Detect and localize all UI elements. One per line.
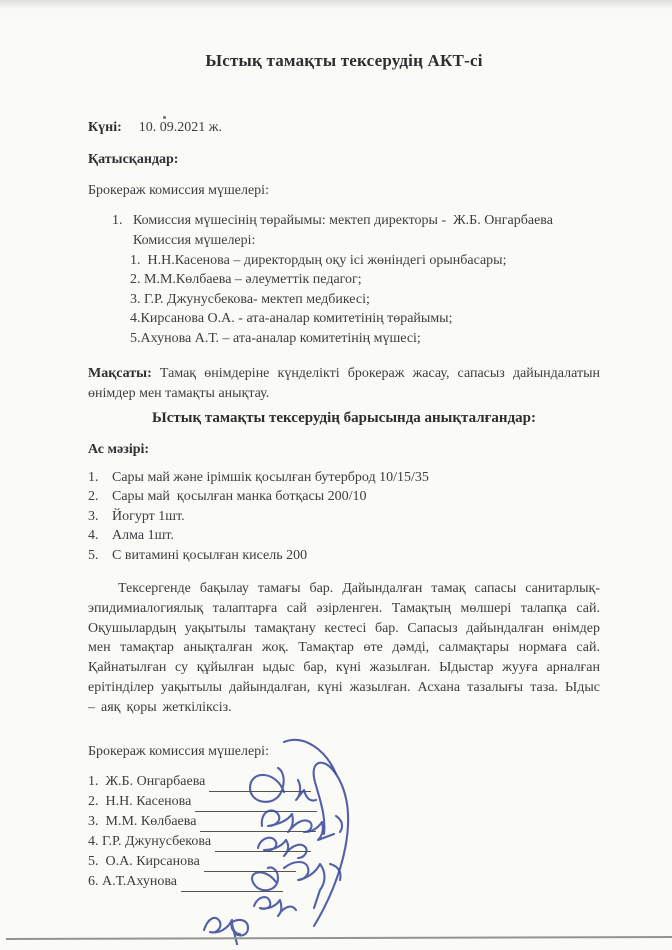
signatory-name: 6. А.Т.Ахунова	[88, 872, 177, 892]
signature-row: 1. Ж.Б. Онгарбаева	[88, 772, 600, 792]
menu-item: 3. Йогурт 1шт.	[88, 507, 600, 526]
findings-heading: Ыстық тамақты тексерудің барысында анықт…	[88, 408, 600, 428]
signature-line	[209, 776, 311, 792]
menu-item-text: Алма 1шт.	[112, 526, 174, 545]
menu-item-text: Сары май қосылған манка ботқасы 200/10	[112, 487, 367, 506]
menu-item-number: 3.	[88, 507, 112, 526]
menu-item: 1. Сары май және ірімшік қосылған бутерб…	[88, 468, 600, 487]
commission-members-list: 1. Н.Н.Касенова – директордың оқу ісі жө…	[130, 251, 600, 348]
member-item: 1. Н.Н.Касенова – директордың оқу ісі жө…	[130, 251, 600, 270]
menu-item-number: 1.	[88, 468, 112, 487]
purpose-paragraph: Мақсаты: Тамақ өнімдеріне күнделікті бро…	[88, 364, 600, 404]
signatory-name: 2. Н.Н. Касенова	[88, 792, 191, 812]
menu-item-text: Сары май және ірімшік қосылған бутерброд…	[112, 468, 429, 487]
member-item: 5.Ахунова А.Т. – ата-аналар комитетінің …	[130, 329, 600, 348]
menu-item: 2. Сары май қосылған манка ботқасы 200/1…	[88, 487, 600, 506]
chair-item-text: Комиссия мүшесінің төрайымы: мектеп дире…	[133, 211, 553, 251]
signature-line	[204, 856, 296, 872]
signature-line	[181, 876, 283, 892]
signatory-name: 5. О.А. Кирсанова	[88, 852, 200, 872]
signature-line	[215, 836, 311, 852]
signature-row: 5. О.А. Кирсанова	[88, 852, 600, 872]
date-row: Күні:10. 09.2021 ж.	[88, 118, 600, 138]
signature-row: 3. М.М. Көлбаева	[88, 812, 600, 832]
menu-item-number: 4.	[88, 526, 112, 545]
signatures-block: 1. Ж.Б. Онгарбаева 2. Н.Н. Касенова 3. М…	[88, 772, 600, 892]
signature-row: 4. Г.Р. Джунусбекова	[88, 832, 600, 852]
menu-item: 4. Алма 1шт.	[88, 526, 600, 545]
signature-line	[200, 816, 316, 832]
commission-members-label: Брокераж комиссия мүшелері:	[88, 181, 600, 201]
member-item: 2. М.М.Көлбаева – әлеуметтік педагог;	[130, 270, 600, 289]
commission-chair-item: 1. Комиссия мүшесінің төрайымы: мектеп д…	[88, 211, 600, 251]
menu-item-number: 2.	[88, 487, 112, 506]
menu-item-text: С витамині қосылған кисель 200	[112, 546, 307, 565]
date-label: Күні:	[88, 120, 122, 135]
menu-item: 5. С витамині қосылған кисель 200	[88, 546, 600, 565]
scanned-document-page: Ыстық тамақты тексерудің АКТ-сі Күні:10.…	[0, 0, 672, 950]
signature-row: 2. Н.Н. Касенова	[88, 792, 600, 812]
signatory-name: 4. Г.Р. Джунусбекова	[88, 832, 211, 852]
menu-list: 1. Сары май және ірімшік қосылған бутерб…	[88, 468, 600, 565]
participants-heading: Қатысқандар:	[88, 150, 600, 170]
member-item: 3. Г.Р. Джунусбекова- мектеп медбикесі;	[130, 290, 600, 309]
chair-item-number: 1.	[112, 211, 133, 251]
signatures-heading: Брокераж комиссия мүшелері:	[88, 742, 600, 762]
purpose-text: Тамақ өнімдеріне күнделікті брокераж жас…	[88, 366, 600, 401]
signatory-name: 3. М.М. Көлбаева	[88, 812, 196, 832]
conclusion-paragraph: Тексергенде бақылау тамағы бар. Дайындал…	[88, 579, 600, 718]
signatory-name: 1. Ж.Б. Онгарбаева	[88, 772, 205, 792]
page-title: Ыстық тамақты тексерудің АКТ-сі	[88, 50, 600, 72]
signature-row: 6. А.Т.Ахунова	[88, 872, 600, 892]
signature-line	[195, 796, 317, 812]
menu-heading: Ас мәзірі:	[88, 440, 600, 460]
date-value: 10. 09.2021 ж.	[139, 120, 222, 135]
purpose-label: Мақсаты:	[88, 366, 152, 381]
menu-item-text: Йогурт 1шт.	[112, 507, 185, 526]
member-item: 4.Кирсанова О.А. - ата-аналар комитетіні…	[130, 309, 600, 328]
menu-item-number: 5.	[88, 546, 112, 565]
scan-edge-line	[6, 936, 672, 940]
